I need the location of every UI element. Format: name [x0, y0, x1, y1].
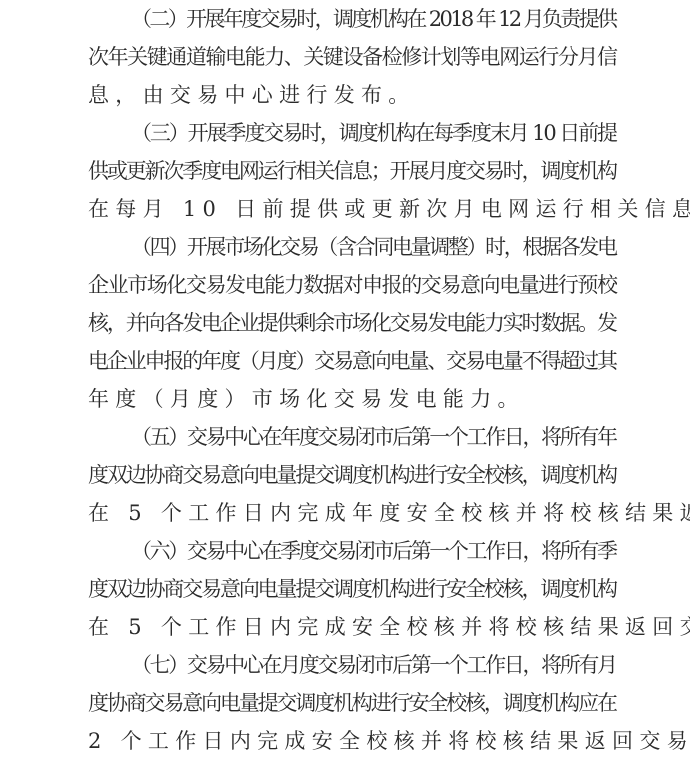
text-line: 供或更新次季度电网运行相关信息；开展月度交易时，调度机构 — [88, 156, 616, 186]
paragraph-item-3-line-3: 在每月 10 日前提供或更新次月电网运行相关信息。 — [88, 194, 618, 224]
text-line: （五）交易中心在年度交易闭市后第一个工作日，将所有年 — [131, 422, 616, 452]
paragraph-item-4-line-4: 电企业申报的年度（月度）交易意向电量、交易电量不得超过其 — [88, 346, 618, 376]
text-line: （四）开展市场化交易（含合同电量调整）时，根据各发电 — [131, 232, 616, 262]
paragraph-item-2-line-2: 次年关键通道输电能力、关键设备检修计划等电网运行分月信 — [88, 42, 618, 72]
paragraph-item-7-line-3: 2 个工作日内完成安全校核并将校核结果返回交易中心。 — [88, 726, 618, 756]
paragraph-item-5-line-3: 在 5 个工作日内完成年度安全校核并将校核结果返回交易中心。 — [88, 498, 618, 528]
paragraph-item-5-line-2: 度双边协商交易意向电量提交调度机构进行安全校核，调度机构 — [88, 460, 618, 490]
paragraph-item-3-line-2: 供或更新次季度电网运行相关信息；开展月度交易时，调度机构 — [88, 156, 618, 186]
text-line: （二）开展年度交易时，调度机构在 2018 年 12 月负责提供 — [131, 4, 615, 34]
text-line: 在 5 个工作日内完成年度安全校核并将校核结果返回交易中心。 — [88, 498, 690, 528]
paragraph-item-6-line-3: 在 5 个工作日内完成安全校核并将校核结果返回交易中心。 — [88, 612, 618, 642]
paragraph-item-7-line-1: （七）交易中心在月度交易闭市后第一个工作日，将所有月 — [131, 650, 618, 680]
paragraph-item-6-line-2: 度双边协商交易意向电量提交调度机构进行安全校核，调度机构 — [88, 574, 618, 604]
paragraph-item-2-line-3: 息，由交易中心进行发布。 — [88, 80, 618, 110]
text-line: 度协商交易意向电量提交调度机构进行安全校核，调度机构应在 — [88, 688, 616, 718]
text-line: 电企业申报的年度（月度）交易意向电量、交易电量不得超过其 — [88, 346, 616, 376]
paragraph-item-4-line-2: 企业市场化交易发电能力数据对申报的交易意向电量进行预校 — [88, 270, 618, 300]
paragraph-item-3-line-1: （三）开展季度交易时，调度机构在每季度末月 10 日前提 — [131, 118, 618, 148]
text-line: （六）交易中心在季度交易闭市后第一个工作日，将所有季 — [131, 536, 616, 566]
text-line: 年度（月度）市场化交易发电能力。 — [88, 384, 525, 414]
text-line: 度双边协商交易意向电量提交调度机构进行安全校核，调度机构 — [88, 460, 616, 490]
paragraph-item-6-line-1: （六）交易中心在季度交易闭市后第一个工作日，将所有季 — [131, 536, 618, 566]
text-line: （三）开展季度交易时，调度机构在每季度末月 10 日前提 — [131, 118, 616, 148]
paragraph-item-4-line-5: 年度（月度）市场化交易发电能力。 — [88, 384, 618, 414]
document-page: （二）开展年度交易时，调度机构在 2018 年 12 月负责提供 次年关键通道输… — [0, 0, 690, 758]
text-line: 次年关键通道输电能力、关键设备检修计划等电网运行分月信 — [88, 42, 617, 72]
paragraph-item-4-line-3: 核，并向各发电企业提供剩余市场化交易发电能力实时数据。发 — [88, 308, 618, 338]
text-line: （七）交易中心在月度交易闭市后第一个工作日，将所有月 — [131, 650, 616, 680]
text-line: 在每月 10 日前提供或更新次月电网运行相关信息。 — [88, 194, 690, 224]
text-line: 2 个工作日内完成安全校核并将校核结果返回交易中心。 — [88, 726, 690, 756]
text-line: 企业市场化交易发电能力数据对申报的交易意向电量进行预校 — [88, 270, 617, 300]
paragraph-item-7-line-2: 度协商交易意向电量提交调度机构进行安全校核，调度机构应在 — [88, 688, 618, 718]
paragraph-item-5-line-1: （五）交易中心在年度交易闭市后第一个工作日，将所有年 — [131, 422, 618, 452]
text-line: 度双边协商交易意向电量提交调度机构进行安全校核，调度机构 — [88, 574, 616, 604]
text-line: 核，并向各发电企业提供剩余市场化交易发电能力实时数据。发 — [88, 308, 616, 338]
paragraph-item-2-line-1: （二）开展年度交易时，调度机构在 2018 年 12 月负责提供 — [131, 4, 618, 34]
text-line: 息，由交易中心进行发布。 — [88, 80, 416, 110]
text-line: 在 5 个工作日内完成安全校核并将校核结果返回交易中心。 — [88, 612, 690, 642]
paragraph-item-4-line-1: （四）开展市场化交易（含合同电量调整）时，根据各发电 — [131, 232, 618, 262]
